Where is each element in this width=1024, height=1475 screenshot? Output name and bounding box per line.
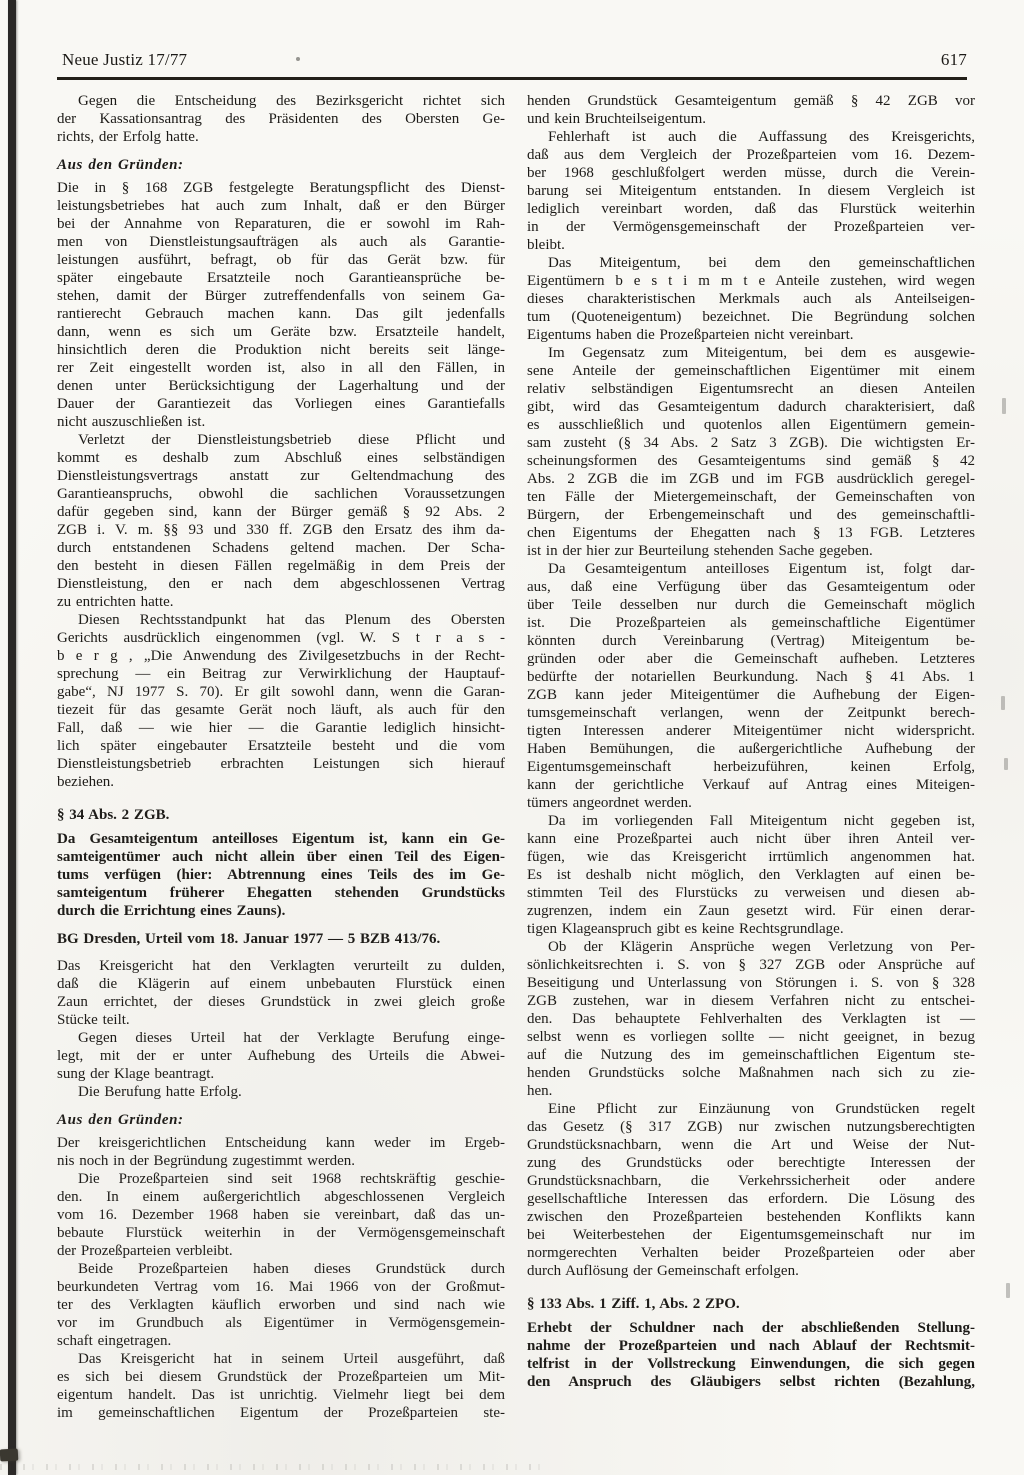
text-line: dafür gegeben sind, kann der Bürger gemä… <box>57 503 505 521</box>
text-line: ist in der hier zur Beurteilung stehende… <box>527 542 975 560</box>
text-line: rantierecht Gebrauch machen kann. Das gi… <box>57 305 505 323</box>
text-line: Die Berufung hatte Erfolg. <box>57 1083 505 1101</box>
text-line: gibt, wird das Gesamteigentum dadurch ch… <box>527 398 975 416</box>
text-line: aus, daß eine Verfügung über das Gesamte… <box>527 578 975 596</box>
text-line: samteigentümer auch nicht allein über ei… <box>57 848 505 866</box>
text-line: bei der Annahme von Reparaturen, die er … <box>57 215 505 233</box>
text-line: im gemeinschaftlichen Eigentum der Proze… <box>57 1404 505 1422</box>
paragraph: Die Berufung hatte Erfolg. <box>57 1083 505 1101</box>
paragraph: Da Gesamteigentum anteilloses Eigentum i… <box>57 830 505 920</box>
text-line: durch entstandenen Schadens geltend mach… <box>57 539 505 557</box>
text-line: richts, der Erfolg hatte. <box>57 128 505 146</box>
text-line: es sich bei diesem Grundstück der Prozeß… <box>57 1368 505 1386</box>
text-line: der Prozeßparteien verbleibt. <box>57 1242 505 1260</box>
paragraph: Erhebt der Schuldner nach der abschließe… <box>527 1319 975 1391</box>
text-line: tigen Klageanspruch gibt es keine Rechts… <box>527 920 975 938</box>
grounds-heading: Aus den Gründen: <box>57 1111 505 1129</box>
text-line: scheinungsformen des Gesamteigentums sin… <box>527 452 975 470</box>
text-line: Aus den Gründen: <box>57 1111 505 1129</box>
scan-mark <box>1002 398 1006 414</box>
text-line: dann, wenn es sich um Geräte bzw. Ersatz… <box>57 323 505 341</box>
text-line: zwischen den Prozeßparteien bestehenden … <box>527 1208 975 1226</box>
text-line: Dienstleistungsbetrieb erbrachten Leistu… <box>57 755 505 773</box>
text-line: leistungen ausführt, befragt, ob für das… <box>57 251 505 269</box>
text-line: tigten Interessen anderer Miteigentümer … <box>527 722 975 740</box>
text-line: dieses charakteristischen Merkmals auch … <box>527 290 975 308</box>
journal-page: Neue Justiz 17/77 617 Gegen die Entschei… <box>0 0 1024 1475</box>
text-line: es ausschließlich und quotenlos allen Ei… <box>527 416 975 434</box>
paragraph: Eine Pflicht zur Einzäunung von Grundstü… <box>527 1100 975 1280</box>
text-line: den besteht in diesen Fällen regelmäßig … <box>57 557 505 575</box>
page-number: 617 <box>941 50 967 70</box>
text-line: zung des Grundstücks oder berechtigte In… <box>527 1154 975 1172</box>
paragraph: Das Miteigentum, bei dem den gemeinschaf… <box>527 254 975 344</box>
text-line: Das Kreisgericht hat in seinem Urteil au… <box>57 1350 505 1368</box>
text-line: schaft eingetragen. <box>57 1332 505 1350</box>
text-line: vor im Grundbuch als Eigentümer in Vermö… <box>57 1314 505 1332</box>
text-line: über Teile desselben nur durch die Gemei… <box>527 596 975 614</box>
statute-heading-zpo133: § 133 Abs. 1 Ziff. 1, Abs. 2 ZPO. <box>527 1295 975 1313</box>
text-line: daß aus dem Vergleich der Prozeßparteien… <box>527 146 975 164</box>
text-line: § 133 Abs. 1 Ziff. 1, Abs. 2 ZPO. <box>527 1295 975 1313</box>
text-line: Dienstleistungsvertrags anstatt zur Gelt… <box>57 467 505 485</box>
text-line: eigentum handelt. Das ist unrichtig. Vie… <box>57 1386 505 1404</box>
scan-mark <box>1001 696 1005 710</box>
text-line: sene Anteile der gemeinschaftlichen Eige… <box>527 362 975 380</box>
text-line: Haben Bemühungen, die außergerichtliche … <box>527 740 975 758</box>
text-line: Bürgern, der Erbengemeinschaft und des g… <box>527 506 975 524</box>
text-line: beurkundeten Vertrag vom 16. Mai 1966 vo… <box>57 1278 505 1296</box>
text-line: ZGB zustehen, war in diesem Verfahren ni… <box>527 992 975 1010</box>
text-line: samteigentum früherer Ehegatten stehende… <box>57 884 505 902</box>
paragraph: Ob der Klägerin Ansprüche wegen Verletzu… <box>527 938 975 1100</box>
text-line: daß die Klägerin auf einem unbebauten Fl… <box>57 975 505 993</box>
text-line: Fehlerhaft ist auch die Auffassung des K… <box>527 128 975 146</box>
paragraph: Gegen dieses Urteil hat der Verklagte Be… <box>57 1029 505 1083</box>
page-header: Neue Justiz 17/77 617 <box>62 50 967 70</box>
text-line: Diesen Rechtsstandpunkt hat das Plenum d… <box>57 611 505 629</box>
paragraph: Das Kreisgericht hat den Verklagten veru… <box>57 957 505 1029</box>
text-line: vom 16. Dezember 1968 haben sie vereinba… <box>57 1206 505 1224</box>
paragraph: Fehlerhaft ist auch die Auffassung des K… <box>527 128 975 254</box>
text-line: sung der Klage beantragt. <box>57 1065 505 1083</box>
text-line: Grundstücksnachbarn, die Verkehrssicherh… <box>527 1172 975 1190</box>
text-line: nicht auszuschließen ist. <box>57 413 505 431</box>
text-line: ist. Die Prozeßparteien als gemeinschaft… <box>527 614 975 632</box>
text-line: auf die Nutzung des im gemeinschaftliche… <box>527 1046 975 1064</box>
paragraph: Da Gesamteigentum anteilloses Eigentum i… <box>527 560 975 812</box>
text-line: der Kassationsantrag des Präsidenten des… <box>57 110 505 128</box>
text-line: kommt es deshalb zum Abschluß eines selb… <box>57 449 505 467</box>
text-line: stehen, damit der Bürger zutreffendenfal… <box>57 287 505 305</box>
text-line: beziehen. <box>57 773 505 791</box>
text-line: durch Auflösung der Gemeinschaft erfolge… <box>527 1262 975 1280</box>
text-line: gesellschaftliche Interessen das erforde… <box>527 1190 975 1208</box>
text-line: tum (Quoteneigentum) bezeichnet. Die Beg… <box>527 308 975 326</box>
text-line: kann der gerichtliche Verkauf auf Antrag… <box>527 776 975 794</box>
text-line: Eigentumsgemeinschaft herbeizuführen, ke… <box>527 758 975 776</box>
text-line: bei Weiterbestehen der Eigentumsgemeinsc… <box>527 1226 975 1244</box>
text-line: Ob der Klägerin Ansprüche wegen Verletzu… <box>527 938 975 956</box>
grounds-heading: Aus den Gründen: <box>57 156 505 174</box>
text-line: sprechung — ein Beitrag zur Verwirklichu… <box>57 665 505 683</box>
text-line: könnten durch Vereinbarung (Vertrag) Mit… <box>527 632 975 650</box>
text-line: § 34 Abs. 2 ZGB. <box>57 806 505 824</box>
paragraph: Diesen Rechtsstandpunkt hat das Plenum d… <box>57 611 505 791</box>
text-line: Erhebt der Schuldner nach der abschließe… <box>527 1319 975 1337</box>
paragraph: Das Kreisgericht hat in seinem Urteil au… <box>57 1350 505 1422</box>
text-line: Grundstücksnachbarn, wenn die Art und We… <box>527 1136 975 1154</box>
text-line: lich später eingebauter Ersatzteile best… <box>57 737 505 755</box>
text-line: Eigentums haben die Prozeßparteien nicht… <box>527 326 975 344</box>
text-line: henden Grundstücks solche Maßnahmen nach… <box>527 1064 975 1082</box>
left-column: Gegen die Entscheidung des Bezirksgerich… <box>57 92 505 1422</box>
text-line: Die in § 168 ZGB festgelegte Beratungspf… <box>57 179 505 197</box>
text-line: den. In einem außergerichtlich abgeschlo… <box>57 1188 505 1206</box>
text-line: zugrenzen, indem ein Zaun gesetzt wird. … <box>527 902 975 920</box>
text-line: tums verfügen (hier: Abtrennung eines Te… <box>57 866 505 884</box>
text-line: chen Eigentums der Ehegatten nach § 13 F… <box>527 524 975 542</box>
text-line: den. Das behauptete Fehlverhalten des Ve… <box>527 1010 975 1028</box>
text-line: nis noch in der Begründung zugestimmt we… <box>57 1152 505 1170</box>
text-line: ZGB i. V. m. §§ 93 und 330 ff. ZGB den E… <box>57 521 505 539</box>
paragraph: Da im vorliegenden Fall Miteigentum nich… <box>527 812 975 938</box>
text-line: sam zusteht (§ 34 Abs. 2 Satz 3 ZGB). Di… <box>527 434 975 452</box>
text-line: barung sei Miteigentum entstanden. In di… <box>527 182 975 200</box>
text-line: Der kreisgerichtlichen Entscheidung kann… <box>57 1134 505 1152</box>
scan-smear <box>0 1464 540 1470</box>
text-line: Gegen die Entscheidung des Bezirksgerich… <box>57 92 505 110</box>
text-line: Abs. 2 ZGB die im ZGB und im FGB ausdrüc… <box>527 470 975 488</box>
text-line: leistungsbetriebes hat auch zum Inhalt, … <box>57 197 505 215</box>
text-line: bebaute Flurstück weiterhin in der Vermö… <box>57 1224 505 1242</box>
text-line: Fall, daß — wie hier — die Garantie ledi… <box>57 719 505 737</box>
right-column: henden Grundstück Gesamteigentum gemäß §… <box>527 92 975 1422</box>
text-line: durch die Errichtung eines Zauns). <box>57 902 505 920</box>
paragraph: Im Gegensatz zum Miteigentum, bei dem es… <box>527 344 975 560</box>
statute-heading-zgb34: § 34 Abs. 2 ZGB. <box>57 806 505 824</box>
journal-title: Neue Justiz 17/77 <box>62 50 187 70</box>
text-line: fügen, wie das Kreisgericht irrtümlich a… <box>527 848 975 866</box>
text-line: Das Kreisgericht hat den Verklagten veru… <box>57 957 505 975</box>
text-line: Zaun errichtet, der dieses Grundstück in… <box>57 993 505 1011</box>
scan-mark <box>1006 1283 1010 1298</box>
paragraph: Beide Prozeßparteien haben dieses Grunds… <box>57 1260 505 1350</box>
paragraph: henden Grundstück Gesamteigentum gemäß §… <box>527 92 975 128</box>
text-line: Dienstleistung, den er nach dem abgeschl… <box>57 575 505 593</box>
text-line: Garantieanspruchs, obwohl die sachlichen… <box>57 485 505 503</box>
text-line: Aus den Gründen: <box>57 156 505 174</box>
text-line: Gegen dieses Urteil hat der Verklagte Be… <box>57 1029 505 1047</box>
text-line: b e r g , „Die Anwendung des Zivilgesetz… <box>57 647 505 665</box>
article-columns: Gegen die Entscheidung des Bezirksgerich… <box>57 92 975 1422</box>
text-line: Im Gegensatz zum Miteigentum, bei dem es… <box>527 344 975 362</box>
text-line: men von Dienstleistungsaufträgen als auc… <box>57 233 505 251</box>
text-line: Verletzt der Dienstleistungsbetrieb dies… <box>57 431 505 449</box>
paragraph: Die Prozeßparteien sind seit 1968 rechts… <box>57 1170 505 1260</box>
text-line: zu entrichten hatte. <box>57 593 505 611</box>
text-line: Es ist deshalb nicht möglich, den Verkla… <box>527 866 975 884</box>
text-line: ten Fälle der Mietergemeinschaft, der Ge… <box>527 488 975 506</box>
text-line: Beseitigung und Unterlassung von Störung… <box>527 974 975 992</box>
text-line: hinsichtlich deren die Produktion nicht … <box>57 341 505 359</box>
text-line: kann eine Prozeßpartei auch nicht über i… <box>527 830 975 848</box>
text-line: BG Dresden, Urteil vom 18. Januar 1977 —… <box>57 930 505 948</box>
text-line: ter des Verklagten käuflich erworben und… <box>57 1296 505 1314</box>
text-line: normgerechten Verhalten beider Prozeßpar… <box>527 1244 975 1262</box>
text-line: gabe“, NJ 1977 S. 70). Er gilt sowohl da… <box>57 683 505 701</box>
text-line: Dauer der Garantiezeit das Vorliegen ein… <box>57 395 505 413</box>
text-line: sönlichkeitsrechten i. S. von § 327 ZGB … <box>527 956 975 974</box>
text-line: Da im vorliegenden Fall Miteigentum nich… <box>527 812 975 830</box>
case-reference: BG Dresden, Urteil vom 18. Januar 1977 —… <box>57 930 505 948</box>
text-line: denen unter Berücksichtigung der Lagerha… <box>57 377 505 395</box>
text-line: Da Gesamteigentum anteilloses Eigentum i… <box>527 560 975 578</box>
text-line: relativ selbständigen Eigentumsrecht an … <box>527 380 975 398</box>
text-line: Eine Pflicht zur Einzäunung von Grundstü… <box>527 1100 975 1118</box>
text-line: lediglich vereinbart worden, daß das Flu… <box>527 200 975 218</box>
text-line: nahme der Prozeßparteien und nach Ablauf… <box>527 1337 975 1355</box>
text-line: tümers angeordnet werden. <box>527 794 975 812</box>
text-line: legt, mit der er unter Aufhebung des Urt… <box>57 1047 505 1065</box>
text-line: ZGB kann jeder Miteigentümer die Aufhebu… <box>527 686 975 704</box>
text-line: und kein Bruchteilseigentum. <box>527 110 975 128</box>
text-line: rer Zeit eingestellt worden ist, also in… <box>57 359 505 377</box>
text-line: in der Vermögensgemeinschaft der Prozeßp… <box>527 218 975 236</box>
header-rule <box>57 77 967 80</box>
paragraph: Verletzt der Dienstleistungsbetrieb dies… <box>57 431 505 611</box>
text-line: später eingebaute Ersatzteile noch Garan… <box>57 269 505 287</box>
text-line: Gerichts ausdrücklich eingenommen (vgl. … <box>57 629 505 647</box>
scan-mark <box>1004 758 1008 770</box>
text-line: Beide Prozeßparteien haben dieses Grunds… <box>57 1260 505 1278</box>
paragraph: Die in § 168 ZGB festgelegte Beratungspf… <box>57 179 505 431</box>
text-line: ber 1968 geschlußfolgert werden müsse, d… <box>527 164 975 182</box>
text-line: selbst wenn es vorliegen sollte — nicht … <box>527 1028 975 1046</box>
text-line: Stücke teilt. <box>57 1011 505 1029</box>
text-line: telfrist in der Vollstreckung Einwendung… <box>527 1355 975 1373</box>
text-line: bleibt. <box>527 236 975 254</box>
paragraph: Der kreisgerichtlichen Entscheidung kann… <box>57 1134 505 1170</box>
text-line: tumsgemeinschaft verlangen, wenn der Zei… <box>527 704 975 722</box>
text-line: gründen oder aber die Gemeinschaft aufhe… <box>527 650 975 668</box>
paragraph: Gegen die Entscheidung des Bezirksgerich… <box>57 92 505 146</box>
text-line: henden Grundstück Gesamteigentum gemäß §… <box>527 92 975 110</box>
text-line: Eigentümern b e s t i m m t e Anteile zu… <box>527 272 975 290</box>
scan-binding-edge <box>8 0 16 1475</box>
text-line: hen. <box>527 1082 975 1100</box>
text-line: stimmten Teil des Flurstücks zu verweise… <box>527 884 975 902</box>
text-line: das Gesetz (§ 317 ZGB) nur zwischen nutz… <box>527 1118 975 1136</box>
text-line: tiezeit für das gesamte Gerät noch läuft… <box>57 701 505 719</box>
text-line: Das Miteigentum, bei dem den gemeinschaf… <box>527 254 975 272</box>
scan-smudge <box>0 1449 18 1462</box>
text-line: den Anspruch des Gläubigers selbst richt… <box>527 1373 975 1391</box>
text-line: bedürfte der notariellen Beurkundung. Na… <box>527 668 975 686</box>
text-line: Da Gesamteigentum anteilloses Eigentum i… <box>57 830 505 848</box>
text-line: Die Prozeßparteien sind seit 1968 rechts… <box>57 1170 505 1188</box>
